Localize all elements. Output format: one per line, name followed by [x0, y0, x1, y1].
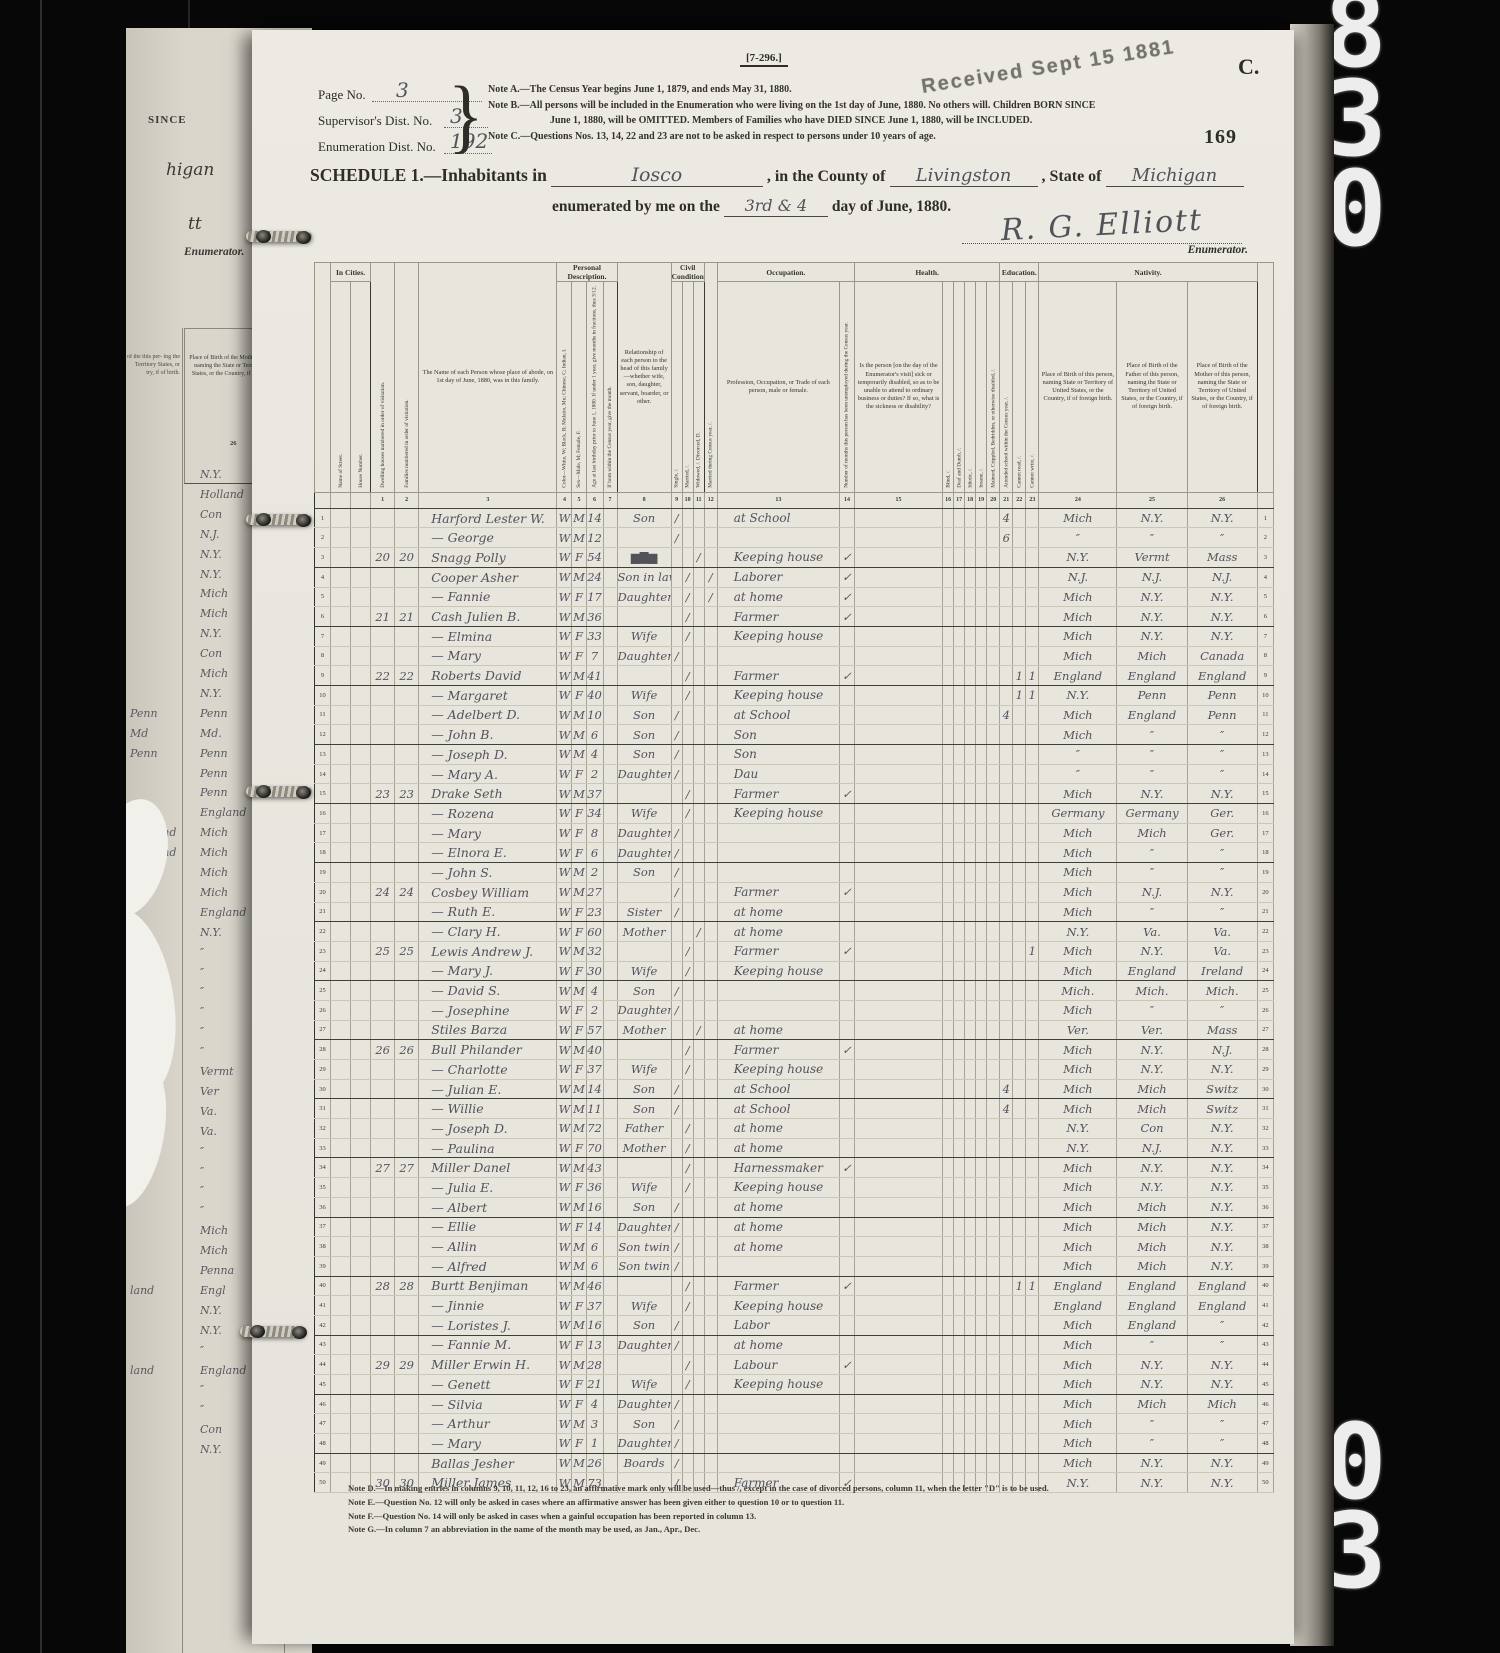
cell-family: 28 [395, 1276, 419, 1296]
row-number: 41 [1257, 1296, 1273, 1316]
cell-sickness [854, 1138, 942, 1158]
column-number: 19 [976, 492, 987, 508]
cell-name: — Ruth E. [419, 902, 557, 922]
cell-maimed [987, 1099, 1000, 1119]
cell-birthplace: Mich [1039, 1315, 1117, 1335]
cell-dwelling [371, 764, 395, 784]
cell-age: 14 [586, 1217, 603, 1237]
column-number: 24 [1039, 492, 1117, 508]
row-number: 22 [315, 922, 331, 942]
cell-deaf [954, 1296, 965, 1316]
cell-mother-birthplace: N.Y. [1187, 1237, 1257, 1257]
cell-married-census-year [704, 784, 717, 804]
cell-cannot-read [1013, 1414, 1026, 1434]
cell-dwelling [371, 1119, 395, 1139]
cell-blind [943, 587, 954, 607]
cell-color: W [557, 1119, 572, 1139]
cell-street [331, 1315, 351, 1335]
cell-idiotic [965, 1197, 976, 1217]
cell-married-census-year [704, 1040, 717, 1060]
cell-married [682, 863, 693, 883]
cell-deaf [954, 1414, 965, 1434]
column-number: 26 [1187, 492, 1257, 508]
table-row: 37— EllieWF14Daughter/at homeMichMichN.Y… [315, 1217, 1274, 1237]
row-number: 10 [1257, 685, 1273, 705]
enumerated-prefix: enumerated by me on the [552, 198, 720, 215]
cell-cannot-write [1026, 981, 1039, 1001]
cell-married: / [682, 1276, 693, 1296]
microfilm-reel-number-top: 8 3 0 [1324, 0, 1494, 254]
cell-attended [1000, 745, 1013, 765]
cell-blind [943, 1355, 954, 1375]
cell-attended [1000, 1315, 1013, 1335]
cell-street [331, 528, 351, 548]
cell-cannot-read [1013, 764, 1026, 784]
cell-birthplace: Mich [1039, 823, 1117, 843]
cell-family: 25 [395, 941, 419, 961]
cell-unemployed [839, 685, 854, 705]
cell-birthplace: Mich [1039, 902, 1117, 922]
cell-widowed [693, 567, 704, 587]
cell-name: — Mary [419, 823, 557, 843]
cell-father-birthplace: N.Y. [1117, 784, 1187, 804]
row-number: 48 [1257, 1434, 1273, 1454]
table-row: 26— JosephineWF2Daughter/Mich″″26 [315, 1000, 1274, 1020]
row-number: 26 [1257, 1000, 1273, 1020]
cell-age: 33 [586, 626, 603, 646]
table-row: 22— Clary H.WF60Mother/at homeN.Y.Va.Va.… [315, 922, 1274, 942]
cell-age: 46 [586, 1276, 603, 1296]
cell-father-birthplace: ″ [1117, 1414, 1187, 1434]
cell-blind [943, 1138, 954, 1158]
cell-month [603, 607, 617, 627]
cell-house [351, 1079, 371, 1099]
cell-sickness [854, 1375, 942, 1395]
table-row: 18— Elnora E.WF6Daughter/Mich″″18 [315, 843, 1274, 863]
cell-occupation [717, 1394, 839, 1414]
cell-birthplace: N.Y. [1039, 1119, 1117, 1139]
cell-blind [943, 528, 954, 548]
cell-age: 37 [586, 784, 603, 804]
cell-widowed [693, 981, 704, 1001]
cell-widowed [693, 1000, 704, 1020]
cell-married: / [682, 1040, 693, 1060]
cell-birthplace: Mich [1039, 1099, 1117, 1119]
cell-widowed [693, 725, 704, 745]
cell-month [603, 902, 617, 922]
cell-cannot-write [1026, 1375, 1039, 1395]
column-number: 2 [395, 492, 419, 508]
cell-house [351, 1355, 371, 1375]
cell-widowed [693, 607, 704, 627]
cell-idiotic [965, 646, 976, 666]
cell-single: / [671, 705, 682, 725]
cell-unemployed [839, 1453, 854, 1473]
row-number: 19 [1257, 863, 1273, 883]
row-number: 34 [315, 1158, 331, 1178]
cell-mother-birthplace: ″ [1187, 764, 1257, 784]
cell-street [331, 981, 351, 1001]
row-number: 4 [1257, 567, 1273, 587]
cell-maimed [987, 1296, 1000, 1316]
cell-age: 6 [586, 1256, 603, 1276]
cell-mother-birthplace: ″ [1187, 725, 1257, 745]
signature-block: R. G. Elliott Enumerator. [952, 208, 1252, 256]
cell-blind [943, 1178, 954, 1198]
cell-sex: F [572, 902, 586, 922]
col-header-idiotic: Idiotic, /. [965, 282, 976, 493]
cell-dwelling [371, 646, 395, 666]
cell-cannot-read [1013, 1138, 1026, 1158]
cell-deaf [954, 725, 965, 745]
table-row: 21— Ruth E.WF23Sister/at homeMich″″21 [315, 902, 1274, 922]
cell-married-census-year [704, 1434, 717, 1454]
cell-blind [943, 1335, 954, 1355]
cell-occupation: Labour [717, 1355, 839, 1375]
cell-house [351, 1276, 371, 1296]
cell-married [682, 548, 693, 568]
cell-color: W [557, 1000, 572, 1020]
received-stamp: Received Sept 15 1881 [920, 56, 1177, 79]
cell-attended [1000, 1178, 1013, 1198]
cell-dwelling [371, 1217, 395, 1237]
cell-blind [943, 784, 954, 804]
cell-father-birthplace: ″ [1117, 863, 1187, 883]
date-value: 3rd & 4 [745, 196, 808, 215]
cell-cannot-write [1026, 882, 1039, 902]
cell-birthplace: Mich [1039, 1040, 1117, 1060]
cell-cannot-write [1026, 804, 1039, 824]
column-number: 7 [603, 492, 617, 508]
cell-sickness [854, 607, 942, 627]
enumerated-line: enumerated by me on the 3rd & 4 day of J… [552, 196, 951, 217]
census-table-body: 1Harford Lester W.WM14Son/at School4Mich… [315, 508, 1274, 1492]
cell-married: / [682, 1158, 693, 1178]
col-header-name: The Name of each Person whose place of a… [419, 263, 557, 493]
cell-married [682, 981, 693, 1001]
cell-attended: 4 [1000, 1099, 1013, 1119]
cell-color: W [557, 1355, 572, 1375]
cell-sex: M [572, 1197, 586, 1217]
cell-idiotic [965, 1355, 976, 1375]
cell-name: — Mary A. [419, 764, 557, 784]
rownum-header-left [315, 263, 331, 493]
cell-cannot-write: 1 [1026, 685, 1039, 705]
cell-widowed [693, 508, 704, 528]
cell-insane [976, 764, 987, 784]
cell-mother-birthplace: Penn [1187, 705, 1257, 725]
cell-age: 40 [586, 1040, 603, 1060]
cell-married [682, 725, 693, 745]
cell-idiotic [965, 528, 976, 548]
cell-color: W [557, 941, 572, 961]
cell-married: / [682, 607, 693, 627]
cell-month [603, 863, 617, 883]
cell-dwelling [371, 1099, 395, 1119]
cell-birthplace: Mich [1039, 882, 1117, 902]
cell-maimed [987, 1000, 1000, 1020]
cell-color: W [557, 626, 572, 646]
cell-sickness [854, 1394, 942, 1414]
column-number: 25 [1117, 492, 1187, 508]
cell-father-birthplace: Penn [1117, 685, 1187, 705]
cell-house [351, 1060, 371, 1080]
census-table: In Cities. Dwelling houses numbered in o… [314, 262, 1274, 1493]
cell-street [331, 961, 351, 981]
cell-cannot-read [1013, 1217, 1026, 1237]
row-number: 43 [315, 1335, 331, 1355]
cell-family [395, 1079, 419, 1099]
enumeration-label: Enumeration Dist. No. [318, 139, 436, 154]
cell-name: Drake Seth [419, 784, 557, 804]
cell-occupation: at home [717, 1138, 839, 1158]
cell-married-census-year [704, 1178, 717, 1198]
cell-month [603, 1138, 617, 1158]
cell-attended [1000, 764, 1013, 784]
cell-house [351, 1099, 371, 1119]
row-number: 18 [315, 843, 331, 863]
cell-attended: 4 [1000, 508, 1013, 528]
row-number: 21 [315, 902, 331, 922]
cell-age: 54 [586, 548, 603, 568]
cell-month [603, 823, 617, 843]
cell-blind [943, 1276, 954, 1296]
cell-father-birthplace: N.Y. [1117, 626, 1187, 646]
cell-house [351, 745, 371, 765]
cell-insane [976, 508, 987, 528]
cell-single: / [671, 1434, 682, 1454]
cell-maimed [987, 725, 1000, 745]
cell-relationship [617, 528, 671, 548]
cell-single [671, 961, 682, 981]
cell-father-birthplace: N.Y. [1117, 941, 1187, 961]
row-number: 11 [315, 705, 331, 725]
cell-cannot-write [1026, 1138, 1039, 1158]
cell-sickness [854, 1178, 942, 1198]
cell-relationship: Mother [617, 1138, 671, 1158]
cell-attended [1000, 1217, 1013, 1237]
cell-father-birthplace: N.Y. [1117, 1375, 1187, 1395]
cell-single: / [671, 1079, 682, 1099]
cell-unemployed: ✓ [839, 941, 854, 961]
cell-father-birthplace: ″ [1117, 902, 1187, 922]
cell-birthplace: Mich [1039, 1178, 1117, 1198]
cell-attended [1000, 1040, 1013, 1060]
cell-sickness [854, 1040, 942, 1060]
cell-street [331, 548, 351, 568]
supervisor-label: Supervisor's Dist. No. [318, 113, 432, 128]
cell-color: W [557, 725, 572, 745]
cell-insane [976, 1453, 987, 1473]
cell-widowed [693, 902, 704, 922]
cell-relationship: Son [617, 1197, 671, 1217]
cell-maimed [987, 961, 1000, 981]
cell-cannot-write [1026, 1315, 1039, 1335]
cell-sickness [854, 725, 942, 745]
cell-family [395, 764, 419, 784]
cell-month [603, 1197, 617, 1217]
cell-color: W [557, 705, 572, 725]
cell-married-census-year [704, 1315, 717, 1335]
cell-cannot-write [1026, 646, 1039, 666]
cell-idiotic [965, 1040, 976, 1060]
cell-mother-birthplace: N.Y. [1187, 626, 1257, 646]
cell-birthplace: N.J. [1039, 567, 1117, 587]
cell-relationship: Son [617, 863, 671, 883]
row-number: 40 [1257, 1276, 1273, 1296]
cell-birthplace: Mich [1039, 607, 1117, 627]
cell-house [351, 902, 371, 922]
table-row: 32— Joseph D.WM72Father/at homeN.Y.ConN.… [315, 1119, 1274, 1139]
cell-birthplace: Mich [1039, 646, 1117, 666]
cell-cannot-read [1013, 1335, 1026, 1355]
cell-married-census-year [704, 646, 717, 666]
cell-idiotic [965, 784, 976, 804]
cell-relationship: Boards [617, 1453, 671, 1473]
table-row: 41— JinnieWF37Wife/Keeping houseEnglandE… [315, 1296, 1274, 1316]
cell-color: W [557, 1256, 572, 1276]
cell-single [671, 548, 682, 568]
cell-dwelling [371, 725, 395, 745]
cell-widowed [693, 1178, 704, 1198]
cell-insane [976, 1040, 987, 1060]
cell-insane [976, 1434, 987, 1454]
cell-blind [943, 607, 954, 627]
cell-street [331, 626, 351, 646]
cell-relationship: Mother [617, 1020, 671, 1040]
cell-color: W [557, 784, 572, 804]
cell-cannot-read [1013, 1099, 1026, 1119]
cell-age: 6 [586, 725, 603, 745]
cell-relationship [617, 882, 671, 902]
cell-birthplace: Mich [1039, 961, 1117, 981]
cell-sickness [854, 1453, 942, 1473]
cell-age: 13 [586, 1335, 603, 1355]
cell-cannot-write: 1 [1026, 1276, 1039, 1296]
cell-cannot-read: 1 [1013, 685, 1026, 705]
cell-maimed [987, 902, 1000, 922]
cell-sex: M [572, 1040, 586, 1060]
cell-cannot-read [1013, 705, 1026, 725]
cell-occupation: at home [717, 587, 839, 607]
cell-birthplace: Mich [1039, 941, 1117, 961]
cell-widowed [693, 705, 704, 725]
cell-color: W [557, 1335, 572, 1355]
cell-sickness [854, 764, 942, 784]
row-number: 37 [315, 1217, 331, 1237]
cell-single: / [671, 1453, 682, 1473]
cell-occupation: at home [717, 922, 839, 942]
cell-street [331, 1335, 351, 1355]
cell-relationship [617, 666, 671, 686]
cell-street [331, 1099, 351, 1119]
cell-insane [976, 823, 987, 843]
table-row: 32020Snagg PollyWF54▆▇▆/Keeping house✓N.… [315, 548, 1274, 568]
cell-single [671, 587, 682, 607]
cell-house [351, 1178, 371, 1198]
cell-occupation [717, 1256, 839, 1276]
cell-street [331, 587, 351, 607]
cell-name: — Silvia [419, 1394, 557, 1414]
cell-idiotic [965, 548, 976, 568]
cell-name: — Joseph D. [419, 1119, 557, 1139]
row-number: 33 [315, 1138, 331, 1158]
cell-relationship: Son [617, 725, 671, 745]
cell-dwelling [371, 567, 395, 587]
cell-idiotic [965, 1414, 976, 1434]
cell-sex: M [572, 981, 586, 1001]
binder-hole [256, 230, 271, 243]
column-number: 4 [557, 492, 572, 508]
cell-insane [976, 1394, 987, 1414]
table-row: 45— GenettWF21Wife/Keeping houseMichN.Y.… [315, 1375, 1274, 1395]
cell-attended [1000, 1020, 1013, 1040]
cell-street [331, 508, 351, 528]
row-number: 19 [315, 863, 331, 883]
cell-married-census-year [704, 1296, 717, 1316]
cell-month [603, 1000, 617, 1020]
cell-month [603, 1178, 617, 1198]
cell-single: / [671, 764, 682, 784]
cell-attended [1000, 646, 1013, 666]
cell-relationship [617, 1040, 671, 1060]
cell-house [351, 567, 371, 587]
cell-dwelling [371, 1394, 395, 1414]
cell-maimed [987, 1040, 1000, 1060]
cell-married [682, 902, 693, 922]
row-number: 50 [315, 1473, 331, 1493]
cell-blind [943, 1394, 954, 1414]
row-number: 38 [315, 1237, 331, 1257]
cell-sickness [854, 863, 942, 883]
cell-dwelling: 23 [371, 784, 395, 804]
cell-blind [943, 1119, 954, 1139]
cell-sickness [854, 1256, 942, 1276]
cell-name: — Jinnie [419, 1296, 557, 1316]
group-nativity: Nativity. [1039, 263, 1257, 282]
cell-cannot-read [1013, 823, 1026, 843]
row-number: 5 [315, 587, 331, 607]
cell-unemployed: ✓ [839, 666, 854, 686]
row-number: 48 [315, 1434, 331, 1454]
cell-single: / [671, 981, 682, 1001]
cell-father-birthplace: Mich [1117, 823, 1187, 843]
row-number: 7 [315, 626, 331, 646]
cell-relationship: Wife [617, 961, 671, 981]
cell-sex: F [572, 804, 586, 824]
cell-name: — Josephine [419, 1000, 557, 1020]
cell-age: 30 [586, 961, 603, 981]
cell-house [351, 528, 371, 548]
row-number: 41 [315, 1296, 331, 1316]
cell-married-census-year [704, 508, 717, 528]
row-number: 20 [1257, 882, 1273, 902]
cell-idiotic [965, 902, 976, 922]
cell-sickness [854, 745, 942, 765]
cell-single: / [671, 1256, 682, 1276]
cell-married: / [682, 666, 693, 686]
cell-idiotic [965, 941, 976, 961]
cell-dwelling [371, 1079, 395, 1099]
table-row: 62121Cash Julien B.WM36/Farmer✓MichN.Y.N… [315, 607, 1274, 627]
row-number: 46 [315, 1394, 331, 1414]
table-row: 36— AlbertWM16Son/at homeMichMichN.Y.36 [315, 1197, 1274, 1217]
cell-insane [976, 784, 987, 804]
cell-family [395, 685, 419, 705]
cell-color: W [557, 764, 572, 784]
cell-month [603, 1099, 617, 1119]
row-number: 9 [315, 666, 331, 686]
